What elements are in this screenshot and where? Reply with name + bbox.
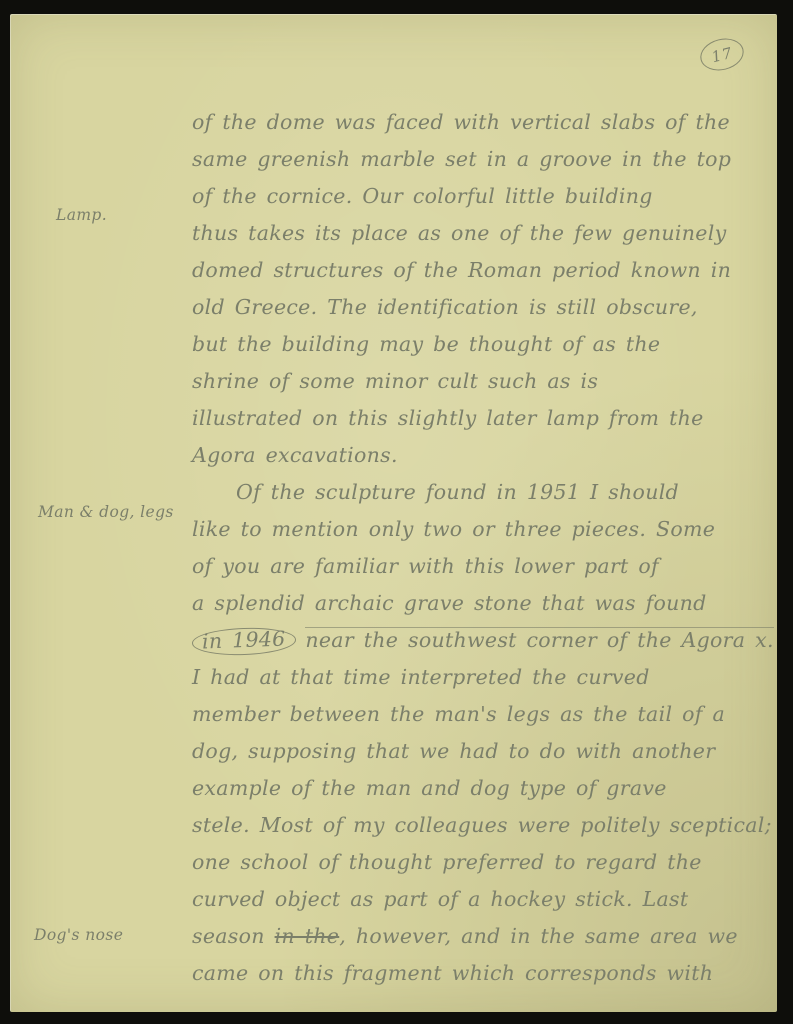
struck-out-text: in the [275,924,340,948]
manuscript-line: one school of thought preferred to regar… [192,844,782,881]
manuscript-line: example of the man and dog type of grave [192,770,782,807]
manuscript-line: old Greece. The identification is still … [192,289,782,326]
manuscript-line: like to mention only two or three pieces… [192,511,782,548]
scanned-document: 17 Lamp. Man & dog, legs Dog's nose of t… [0,0,793,1024]
manuscript-line: I had at that time interpreted the curve… [192,659,782,696]
margin-note-dogs-nose: Dog's nose [34,926,123,944]
manuscript-text: of the dome was faced with vertical slab… [192,104,782,992]
manuscript-line: dog, supposing that we had to do with an… [192,733,782,770]
manuscript-line: thus takes its place as one of the few g… [192,215,782,252]
manuscript-line-paragraph-start: Of the sculpture found in 1951 I should [192,474,782,511]
manuscript-line: illustrated on this slightly later lamp … [192,400,782,437]
manuscript-line: Agora excavations. [192,437,782,474]
margin-note-lamp: Lamp. [56,206,107,224]
manuscript-line: member between the man's legs as the tai… [192,696,782,733]
page-number-value: 17 [710,43,735,66]
inserted-text: near the southwest corner of the Agora x… [305,627,773,652]
circled-annotation: in 1946 [192,626,296,656]
margin-note-man-and-dog-legs: Man & dog, legs [38,503,174,521]
manuscript-line: of the cornice. Our colorful little buil… [192,178,782,215]
line-text: , however, and in the same area we [339,924,738,948]
manuscript-line: of the dome was faced with vertical slab… [192,104,782,141]
manuscript-line-with-circled-insertion: in 1946 near the southwest corner of the… [192,622,782,659]
page-number: 17 [697,34,747,75]
manuscript-line: a splendid archaic grave stone that was … [192,585,782,622]
manuscript-line: curved object as part of a hockey stick.… [192,881,782,918]
manuscript-line: same greenish marble set in a groove in … [192,141,782,178]
manuscript-line: but the building may be thought of as th… [192,326,782,363]
manuscript-line-with-strikethrough: season in the, however, and in the same … [192,918,782,955]
manuscript-line: came on this fragment which corresponds … [192,955,782,992]
manuscript-line: stele. Most of my colleagues were polite… [192,807,782,844]
manuscript-line: shrine of some minor cult such as is [192,363,782,400]
manuscript-line: of you are familiar with this lower part… [192,548,782,585]
line-text: season [192,924,265,948]
manuscript-page: 17 Lamp. Man & dog, legs Dog's nose of t… [10,14,777,1012]
manuscript-line: domed structures of the Roman period kno… [192,252,782,289]
